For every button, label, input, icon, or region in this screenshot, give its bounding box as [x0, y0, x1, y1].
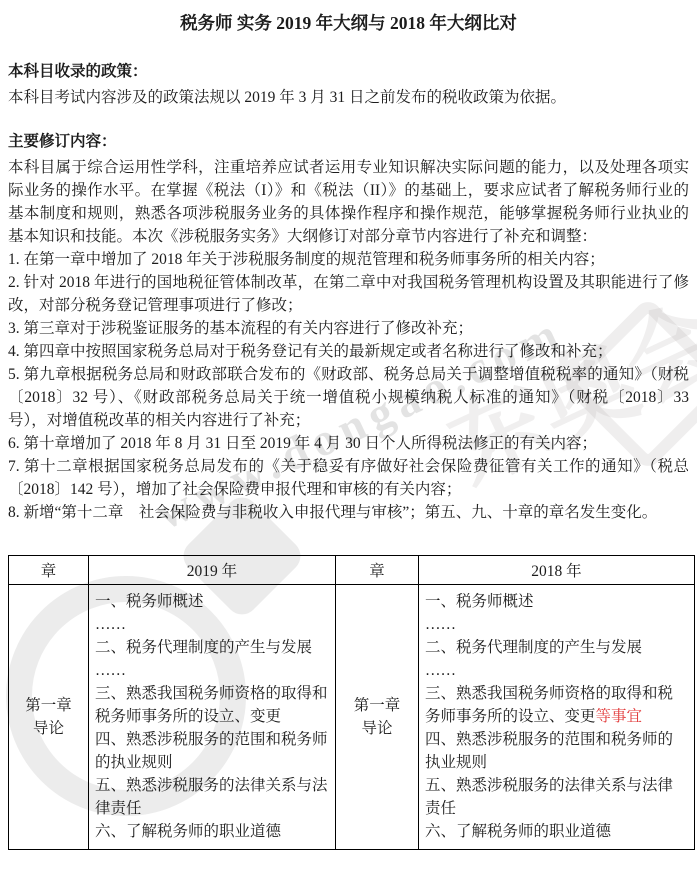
policies-paragraph: 本科目考试内容涉及的政策法规以 2019 年 3 月 31 日之前发布的税收政策…	[8, 86, 689, 109]
syllabus-item-2019: 六、了解税务师的职业道德	[95, 820, 329, 843]
syllabus-item-2018: 四、熟悉涉税服务的范围和税务师的执业规则	[425, 728, 688, 774]
revision-item: 2. 针对 2018 年进行的国地税征管体制改革，在第二章中对我国税务管理机构设…	[8, 271, 689, 317]
revision-item: 1. 在第一章中增加了 2018 年关于涉税服务制度的规范管理和税务师事务所的相…	[8, 248, 689, 271]
revision-item-list: 1. 在第一章中增加了 2018 年关于涉税服务制度的规范管理和税务师事务所的相…	[8, 248, 689, 524]
syllabus-item-2018: ……	[425, 613, 688, 636]
page-title: 税务师 实务 2019 年大纲与 2018 年大纲比对	[8, 12, 689, 34]
syllabus-item-2018: 六、了解税务师的职业道德	[425, 820, 688, 843]
revision-item: 5. 第九章根据税务总局和财政部联合发布的《财政部、税务总局关于调整增值税税率的…	[8, 363, 689, 432]
revision-item: 7. 第十二章根据国家税务总局发布的《关于稳妥有序做好社会保险费征管有关工作的通…	[8, 455, 689, 501]
chapter-title-2019: 导论	[11, 717, 86, 740]
revision-item: 6. 第十章增加了 2018 年 8 月 31 日至 2019 年 4 月 30…	[8, 432, 689, 455]
chapter-title-2018: 导论	[338, 717, 416, 740]
syllabus-item-2018: 三、熟悉我国税务师资格的取得和税务师事务所的设立、变更等事宜	[425, 682, 688, 728]
syllabus-item-2019: 四、熟悉涉税服务的范围和税务师的执业规则	[95, 728, 329, 774]
policies-section-heading: 本科目收录的政策：	[8, 60, 689, 83]
syllabus-item-2019: 三、熟悉我国税务师资格的取得和税务师事务所的设立、变更	[95, 682, 329, 728]
document-page: 税务师 实务 2019 年大纲与 2018 年大纲比对 本科目收录的政策： 本科…	[0, 0, 697, 850]
table-row: 第一章 导论 一、税务师概述……二、税务代理制度的产生与发展……三、熟悉我国税务…	[9, 585, 695, 850]
syllabus-item-2019: ……	[95, 659, 329, 682]
col-header-chapter-left: 章	[9, 556, 89, 585]
revisions-section-heading: 主要修订内容：	[8, 130, 689, 153]
revisions-intro-paragraph: 本科目属于综合运用性学科，注重培养应试者运用专业知识解决实际问题的能力，以及处理…	[8, 156, 689, 248]
syllabus-comparison-table: 章 2019 年 章 2018 年 第一章 导论 一、税务师概述……二、税务代理…	[8, 555, 695, 850]
syllabus-item-2018: 一、税务师概述	[425, 590, 688, 613]
highlighted-change-text: 等事宜	[596, 708, 643, 725]
revision-item: 3. 第三章对于涉税鉴证服务的基本流程的有关内容进行了修改补充；	[8, 317, 689, 340]
syllabus-item-2019: 二、税务代理制度的产生与发展	[95, 636, 329, 659]
syllabus-item-2018: 二、税务代理制度的产生与发展	[425, 636, 688, 659]
chapter-number-2019: 第一章	[11, 694, 86, 717]
col-header-2019: 2019 年	[89, 556, 336, 585]
syllabus-item-2018: 五、熟悉涉税服务的法律关系与法律责任	[425, 774, 688, 820]
section-included-policies: 本科目收录的政策： 本科目考试内容涉及的政策法规以 2019 年 3 月 31 …	[8, 60, 689, 109]
revision-item: 8. 新增“第十二章 社会保险费与非税收入申报代理与审核”；第五、九、十章的章名…	[8, 501, 689, 524]
syllabus-item-2019: 一、税务师概述	[95, 590, 329, 613]
syllabus-cell-2019: 一、税务师概述……二、税务代理制度的产生与发展……三、熟悉我国税务师资格的取得和…	[89, 585, 336, 850]
col-header-2018: 2018 年	[419, 556, 695, 585]
chapter-cell-2019: 第一章 导论	[9, 585, 89, 850]
col-header-chapter-right: 章	[336, 556, 419, 585]
syllabus-item-2018: ……	[425, 659, 688, 682]
table-header-row: 章 2019 年 章 2018 年	[9, 556, 695, 585]
chapter-cell-2018: 第一章 导论	[336, 585, 419, 850]
chapter-number-2018: 第一章	[338, 694, 416, 717]
syllabus-item-2019: 五、熟悉涉税服务的法律关系与法律责任	[95, 774, 329, 820]
section-main-revisions: 主要修订内容： 本科目属于综合运用性学科，注重培养应试者运用专业知识解决实际问题…	[8, 130, 689, 524]
revision-item: 4. 第四章中按照国家税务总局对于税务登记有关的最新规定或者名称进行了修改和补充…	[8, 340, 689, 363]
syllabus-item-2019: ……	[95, 613, 329, 636]
syllabus-cell-2018: 一、税务师概述……二、税务代理制度的产生与发展……三、熟悉我国税务师资格的取得和…	[419, 585, 695, 850]
